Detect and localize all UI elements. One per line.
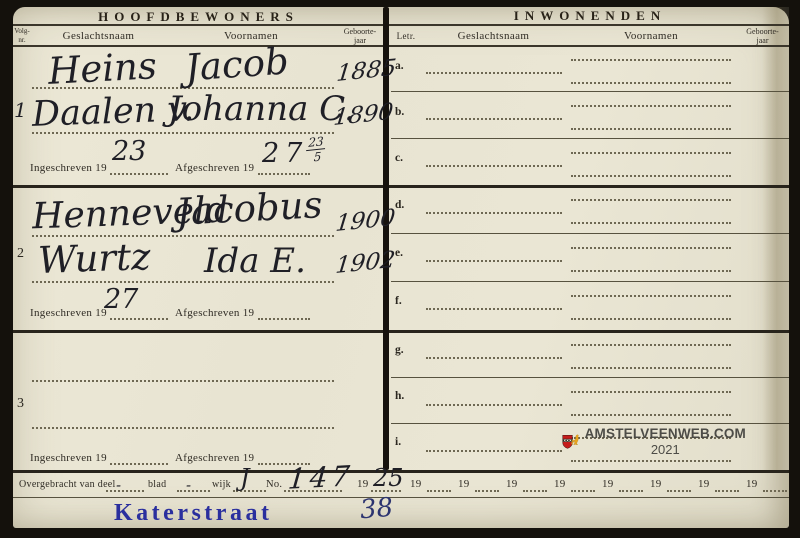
dotted-rule <box>258 173 310 175</box>
year-cell-label: 19 <box>650 478 662 490</box>
afgeschreven-date-fraction: 23 5 <box>306 135 328 164</box>
volgnr-value-3: 3 <box>17 396 24 412</box>
dotted-rule <box>571 222 731 224</box>
column-header-birthyear-left-line1: Geboorte- <box>344 27 376 36</box>
dotted-rule <box>619 490 643 492</box>
column-header-birthyear-left: Geboorte- jaar <box>336 27 384 45</box>
column-header-birthyear-left-line2: jaar <box>354 36 366 45</box>
right-page-title: INWONENDEN <box>391 8 789 24</box>
page-crease <box>762 7 789 470</box>
watermark: AMSTELVEENWEB.COM 2021 <box>562 420 746 467</box>
dotted-rule <box>426 357 562 359</box>
firstnames-entry: Jacobus <box>175 186 323 231</box>
letter-label-e: e. <box>395 247 403 259</box>
year-cell-label: 19 <box>554 478 566 490</box>
dotted-rule <box>426 260 562 262</box>
afgeschreven-label: Afgeschreven 19 <box>175 452 254 464</box>
year-cell-label: 19 <box>602 478 614 490</box>
dotted-rule <box>571 414 731 416</box>
grid-line <box>13 330 789 333</box>
no-label: No. <box>266 479 282 490</box>
dotted-rule <box>110 173 168 175</box>
column-header-letter: Letr. <box>391 31 421 41</box>
dotted-rule <box>571 391 731 393</box>
dotted-rule <box>571 318 731 320</box>
letter-label-b: b. <box>395 106 404 118</box>
dotted-rule <box>426 308 562 310</box>
volgnr-value-1: 1 <box>14 100 27 120</box>
column-header-firstnames-right: Voornamen <box>566 30 736 42</box>
surname-entry: Heins <box>47 47 158 90</box>
fraction-denominator: 5 <box>313 150 321 164</box>
firstnames-entry: Ida E. <box>204 244 306 278</box>
firstnames-entry: Johanna C. <box>168 92 355 126</box>
column-header-volgnr-line1: Volg- <box>14 27 29 35</box>
ingeschreven-label: Ingeschreven 19 <box>30 307 107 319</box>
watermark-text: AMSTELVEENWEB.COM 2021 <box>585 420 746 457</box>
year-cell-label: 19 <box>698 478 710 490</box>
surname-entry: Wurtz <box>37 238 151 279</box>
dotted-rule <box>177 490 210 492</box>
letter-label-g: g. <box>395 344 404 356</box>
register-card-photo: HOOFDBEWONERS INWONENDEN Volg- nr. Gesla… <box>0 0 800 538</box>
dotted-rule <box>571 367 731 369</box>
grid-line <box>391 233 789 234</box>
ingeschreven-label: Ingeschreven 19 <box>30 162 107 174</box>
deel-value: - <box>116 478 121 493</box>
grid-line <box>391 377 789 378</box>
afgeschreven-label: Afgeschreven 19 <box>175 162 254 174</box>
letter-label-f: f. <box>395 295 402 307</box>
grid-line <box>391 91 789 92</box>
house-register-number: 147 <box>287 462 355 494</box>
ingeschreven-label: Ingeschreven 19 <box>30 452 107 464</box>
dotted-rule <box>426 450 562 452</box>
dotted-rule <box>426 72 562 74</box>
fraction-numerator: 23 <box>306 135 326 151</box>
dotted-rule <box>426 165 562 167</box>
afgeschreven-year-value: 27 <box>262 140 308 167</box>
grid-line <box>13 497 789 498</box>
dotted-rule <box>426 404 562 406</box>
dotted-rule <box>667 490 691 492</box>
grid-line <box>391 138 789 139</box>
blad-value: - <box>186 478 191 493</box>
column-header-birthyear-right-line2: jaar <box>757 36 769 45</box>
dotted-rule <box>571 59 731 61</box>
column-header-birthyear-right-line1: Geboorte- <box>746 27 778 36</box>
letter-label-c: c. <box>395 152 403 164</box>
column-header-volgnr-line2: nr. <box>18 36 25 44</box>
dotted-rule <box>32 427 334 429</box>
year-cell-label: 19 <box>410 478 422 490</box>
firstnames-entry: Jacob <box>184 42 290 86</box>
letter-label-h: h. <box>395 390 404 402</box>
letter-label-i: i. <box>395 436 401 448</box>
blad-label: blad <box>148 479 166 490</box>
dotted-rule <box>571 344 731 346</box>
grid-line <box>391 281 789 282</box>
amstelveen-coat-of-arms-icon <box>562 420 581 464</box>
column-header-birthyear-right: Geboorte- jaar <box>736 27 789 45</box>
year-cell-label: 19 <box>357 478 369 490</box>
dotted-rule <box>426 212 562 214</box>
letter-label-d: d. <box>395 199 404 211</box>
column-header-surname-right: Geslachtsnaam <box>421 30 566 42</box>
wijk-label: wijk <box>212 479 231 490</box>
dotted-rule <box>571 270 731 272</box>
dotted-rule <box>427 490 451 492</box>
dotted-rule <box>571 295 731 297</box>
dotted-rule <box>475 490 499 492</box>
ingeschreven-year-value: 23 <box>112 138 146 165</box>
year-cell-label: 19 <box>506 478 518 490</box>
dotted-rule <box>258 318 310 320</box>
dotted-rule <box>571 490 595 492</box>
volgnr-value-2: 2 <box>17 246 24 262</box>
dotted-rule <box>110 318 168 320</box>
dotted-rule <box>571 105 731 107</box>
left-page-title: HOOFDBEWONERS <box>13 9 384 25</box>
dotted-rule <box>426 118 562 120</box>
year-cell-value: 25 <box>373 466 404 490</box>
year-cell-label: 19 <box>746 478 758 490</box>
wijk-value: J <box>240 466 250 490</box>
ingeschreven-year-value: 27 <box>104 286 138 313</box>
dotted-rule <box>571 82 731 84</box>
dotted-rule <box>571 128 731 130</box>
grid-line <box>13 185 789 188</box>
column-header-firstnames-left: Voornamen <box>166 30 336 42</box>
dotted-rule <box>571 175 731 177</box>
street-name-stamp: Katerstraat <box>114 500 272 527</box>
dotted-rule <box>715 490 739 492</box>
year-cell-label: 19 <box>458 478 470 490</box>
dotted-rule <box>571 199 731 201</box>
house-number: 38 <box>359 495 394 524</box>
afgeschreven-label: Afgeschreven 19 <box>175 307 254 319</box>
dotted-rule <box>106 490 144 492</box>
dotted-rule <box>571 247 731 249</box>
column-header-surname-left: Geslachtsnaam <box>31 30 166 42</box>
watermark-site: AMSTELVEENWEB.COM <box>585 426 746 441</box>
watermark-year: 2021 <box>585 442 746 457</box>
letter-label-a: a. <box>395 60 404 72</box>
dotted-rule <box>523 490 547 492</box>
dotted-rule <box>32 281 334 283</box>
column-header-volgnr: Volg- nr. <box>12 27 32 45</box>
dotted-rule <box>571 152 731 154</box>
overgebracht-label: Overgebracht van deel <box>19 479 116 490</box>
dotted-rule <box>110 463 168 465</box>
dotted-rule <box>32 380 334 382</box>
dotted-rule <box>763 490 787 492</box>
